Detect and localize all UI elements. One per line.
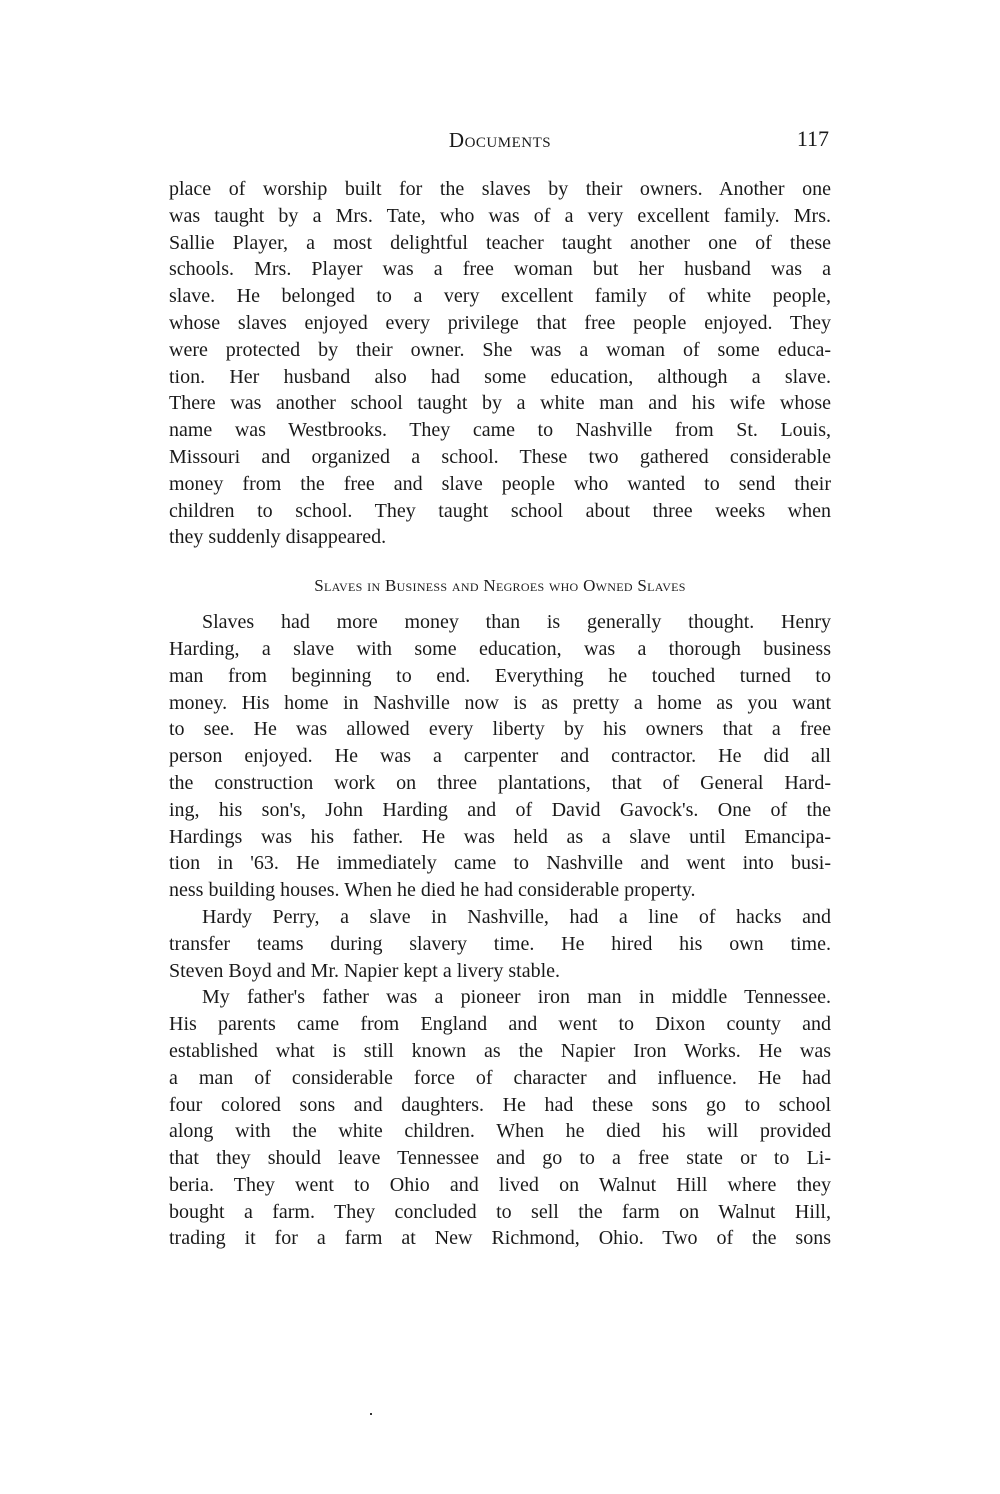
text-line: Hardings was his father. He was held as … <box>169 824 831 851</box>
text-line: Hardy Perry, a slave in Nashville, had a… <box>169 904 831 931</box>
text-line: transfer teams during slavery time. He h… <box>169 931 831 958</box>
document-page: Documents 117 place of worship built for… <box>169 120 831 1252</box>
text-line: were protected by their owner. She was a… <box>169 337 831 364</box>
text-line: ing, his son's, John Harding and of Davi… <box>169 797 831 824</box>
text-line: Slaves had more money than is generally … <box>169 609 831 636</box>
section-heading: Slaves in Business and Negroes who Owned… <box>169 573 831 599</box>
text-line: was taught by a Mrs. Tate, who was of a … <box>169 203 831 230</box>
text-line: beria. They went to Ohio and lived on Wa… <box>169 1172 831 1199</box>
text-line: My father's father was a pioneer iron ma… <box>169 984 831 1011</box>
paragraph: place of worship built for the slaves by… <box>169 176 831 551</box>
text-line: Harding, a slave with some education, wa… <box>169 636 831 663</box>
text-line: There was another school taught by a whi… <box>169 390 831 417</box>
text-line: whose slaves enjoyed every privilege tha… <box>169 310 831 337</box>
text-line: trading it for a farm at New Richmond, O… <box>169 1225 831 1252</box>
page-number: 117 <box>797 126 829 152</box>
running-header: Documents 117 <box>169 120 831 160</box>
text-line: they suddenly disappeared. <box>169 524 831 551</box>
text-line: schools. Mrs. Player was a free woman bu… <box>169 256 831 283</box>
text-line: tion in '63. He immediately came to Nash… <box>169 850 831 877</box>
text-line: Sallie Player, a most delightful teacher… <box>169 230 831 257</box>
paragraph: Hardy Perry, a slave in Nashville, had a… <box>169 904 831 984</box>
text-line: man from beginning to end. Everything he… <box>169 663 831 690</box>
text-line: to see. He was allowed every liberty by … <box>169 716 831 743</box>
text-line: a man of considerable force of character… <box>169 1065 831 1092</box>
text-line: Missouri and organized a school. These t… <box>169 444 831 471</box>
paragraph: Slaves had more money than is generally … <box>169 609 831 904</box>
scan-speck <box>370 1413 372 1415</box>
paragraph: My father's father was a pioneer iron ma… <box>169 984 831 1252</box>
text-line: place of worship built for the slaves by… <box>169 176 831 203</box>
text-line: the construction work on three plantatio… <box>169 770 831 797</box>
text-line: money from the free and slave people who… <box>169 471 831 498</box>
text-line: Steven Boyd and Mr. Napier kept a livery… <box>169 958 831 985</box>
text-line: children to school. They taught school a… <box>169 498 831 525</box>
text-line: slave. He belonged to a very excellent f… <box>169 283 831 310</box>
body-text: place of worship built for the slaves by… <box>169 176 831 1252</box>
text-line: along with the white children. When he d… <box>169 1118 831 1145</box>
text-line: established what is still known as the N… <box>169 1038 831 1065</box>
text-line: person enjoyed. He was a carpenter and c… <box>169 743 831 770</box>
text-line: four colored sons and daughters. He had … <box>169 1092 831 1119</box>
text-line: His parents came from England and went t… <box>169 1011 831 1038</box>
text-line: tion. Her husband also had some educatio… <box>169 364 831 391</box>
text-line: that they should leave Tennessee and go … <box>169 1145 831 1172</box>
text-line: ness building houses. When he died he ha… <box>169 877 831 904</box>
running-title: Documents <box>169 128 831 153</box>
text-line: bought a farm. They concluded to sell th… <box>169 1199 831 1226</box>
text-line: money. His home in Nashville now is as p… <box>169 690 831 717</box>
text-line: name was Westbrooks. They came to Nashvi… <box>169 417 831 444</box>
